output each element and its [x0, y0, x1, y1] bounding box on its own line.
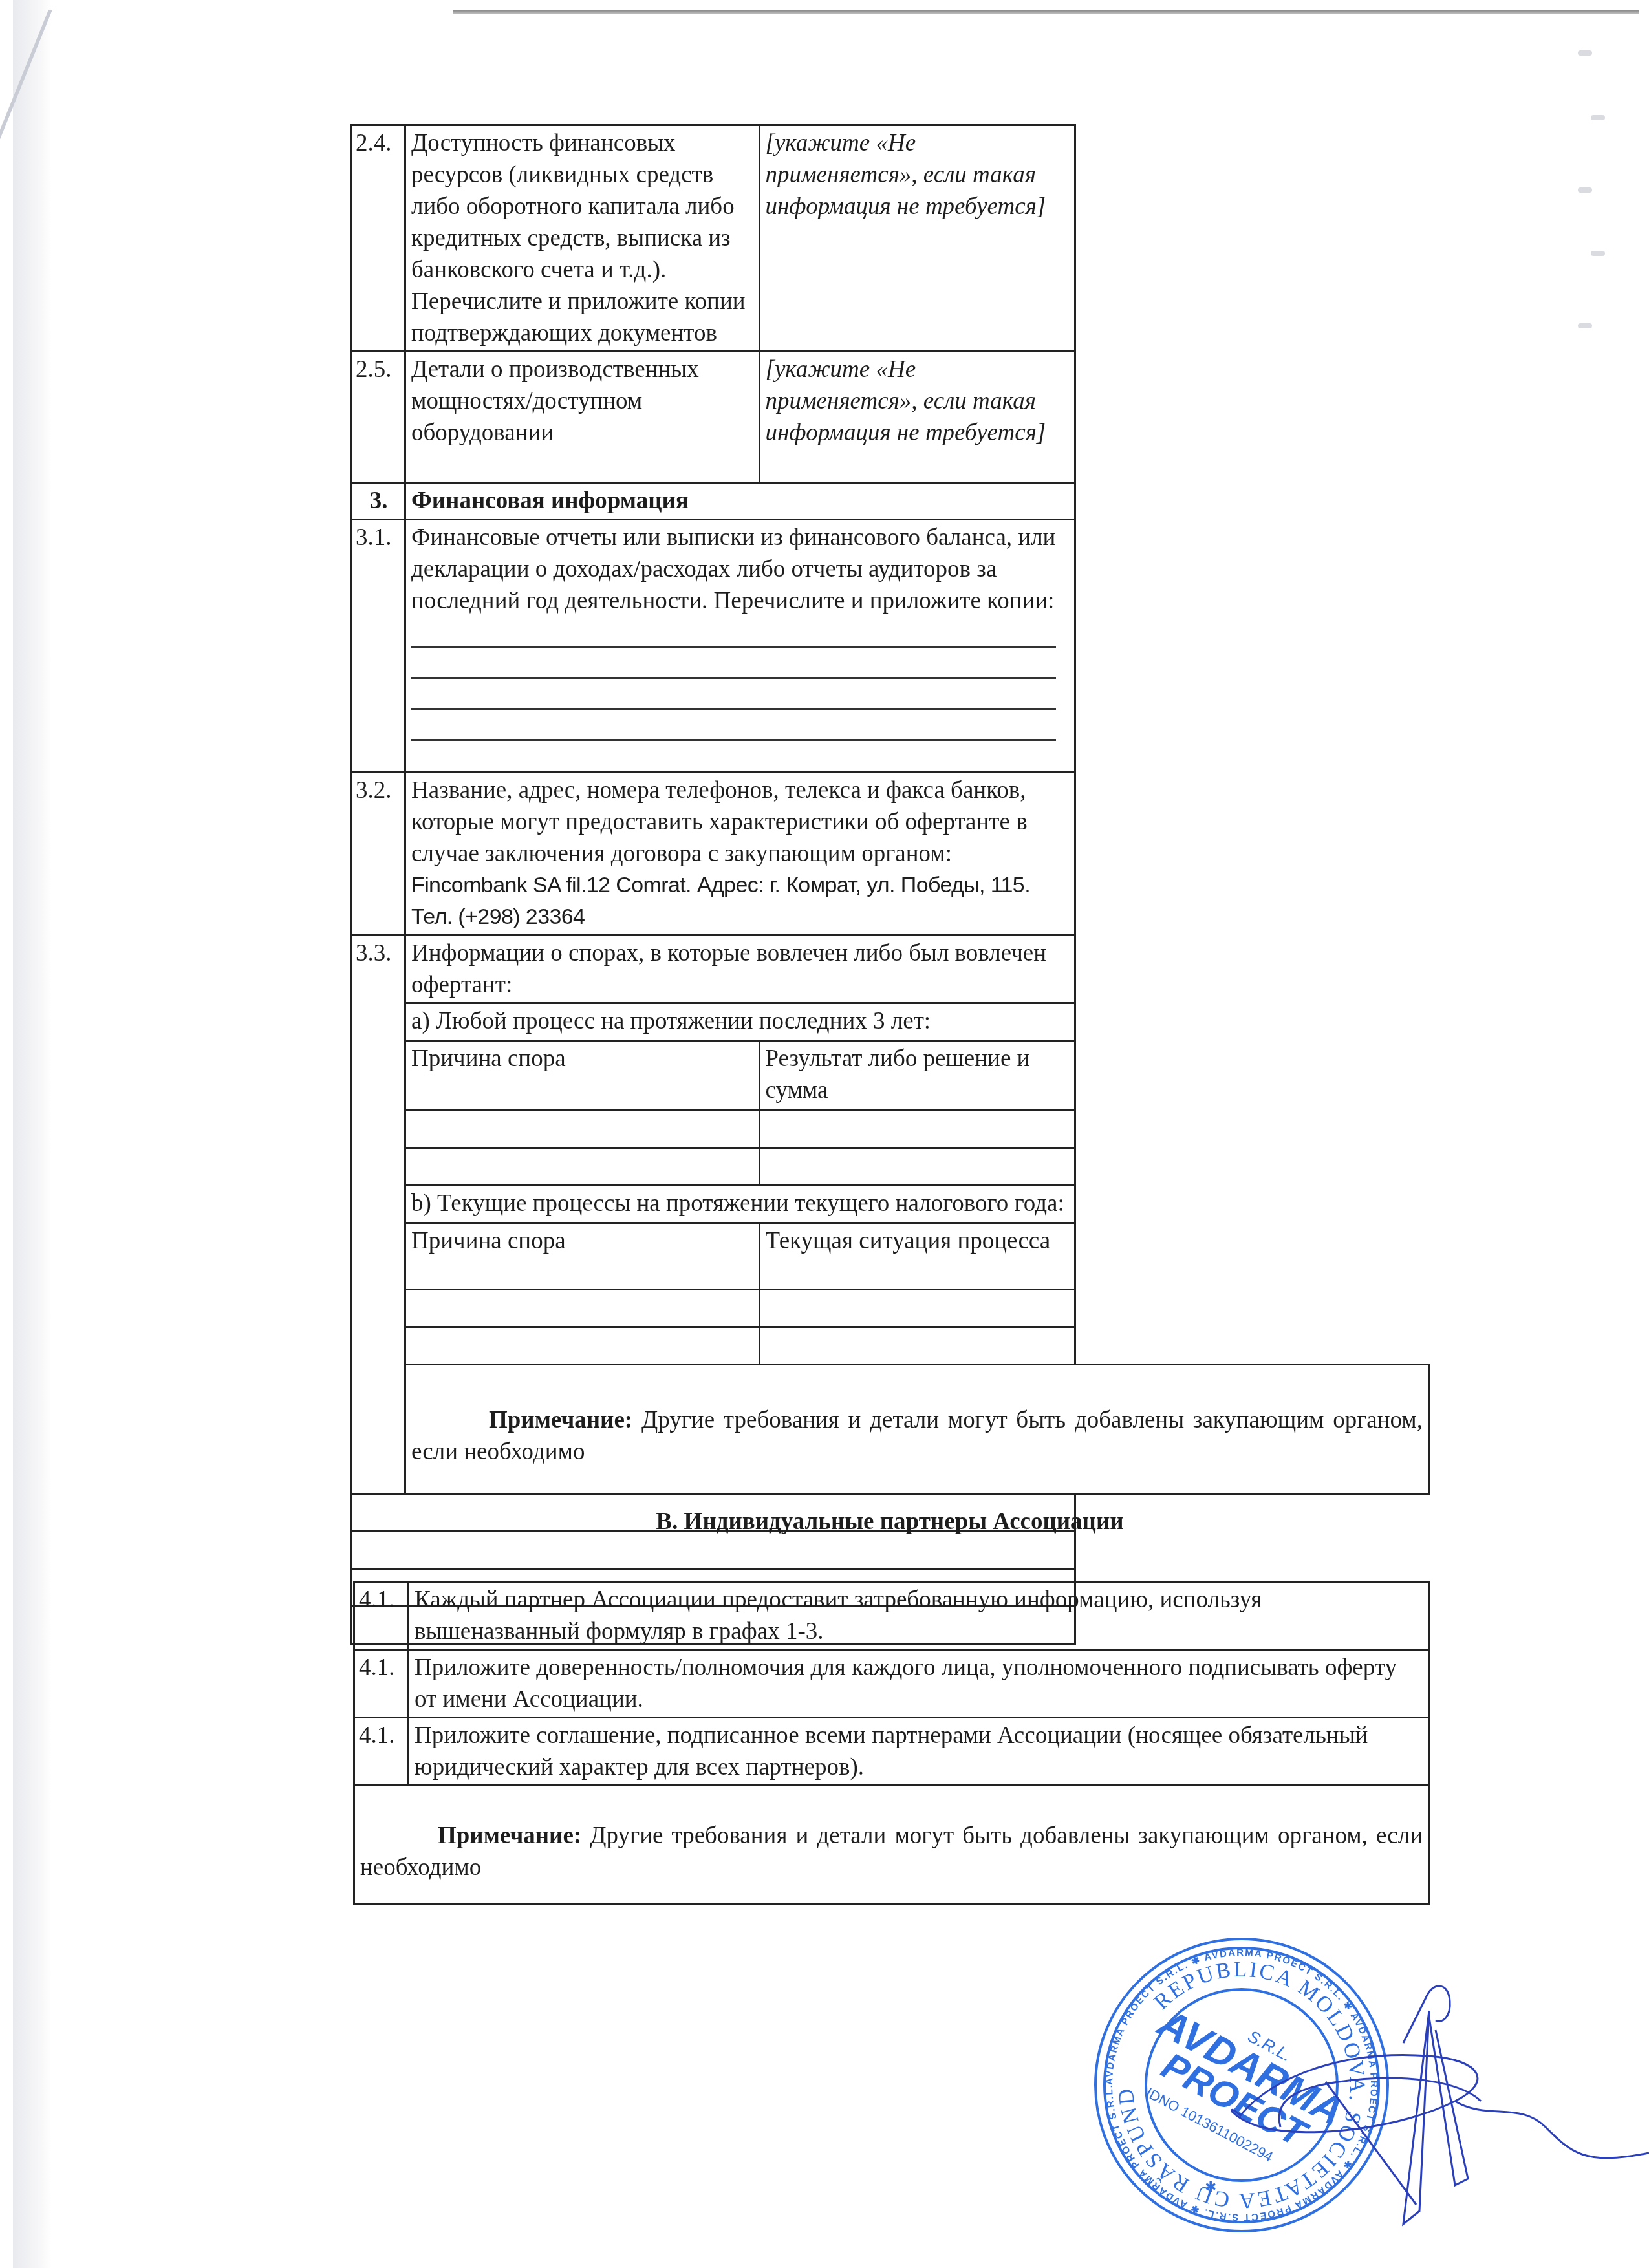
row-number: 3.2. — [351, 773, 405, 936]
table-row-2-4: 2.4. Доступность финансовых ресурсов (ли… — [351, 125, 1429, 352]
part-a-label-row: a) Любой процесс на протяжении последних… — [351, 1003, 1429, 1041]
row-description: Приложите доверенность/полномочия для ка… — [409, 1650, 1429, 1718]
row-hint[interactable]: [укажите «Не применяется», если такая ин… — [759, 352, 1075, 483]
scan-speck — [1591, 251, 1605, 256]
fill-line[interactable] — [411, 617, 1056, 648]
part-a-cause-field[interactable] — [405, 1111, 760, 1148]
qualification-table-financial: 2.4. Доступность финансовых ресурсов (ли… — [350, 124, 1430, 1645]
part-b-entry-row — [351, 1327, 1429, 1365]
part-b-col-cause: Причина спора — [405, 1223, 760, 1290]
note-label: Примечание: — [438, 1823, 581, 1849]
row-number: 3.3. — [351, 936, 405, 1494]
table-row-4-1: 4.1. Каждый партнер Ассоциации предостав… — [354, 1582, 1429, 1650]
row-number: 3.1. — [351, 520, 405, 773]
part-b-cause-field[interactable] — [405, 1327, 760, 1365]
row-description: Доступность финансовых ресурсов (ликвидн… — [405, 125, 760, 352]
scan-shadow — [13, 0, 52, 2268]
fill-line[interactable] — [411, 679, 1056, 710]
bank-answer-field[interactable]: Fincombank SA fil.12 Comrat. Адрес: г. К… — [411, 870, 1068, 933]
row-description: Приложите соглашение, подписанное всеми … — [409, 1718, 1429, 1786]
note-row: Примечание: Другие требования и детали м… — [354, 1786, 1429, 1904]
part-a-result-field[interactable] — [759, 1148, 1075, 1186]
fill-line[interactable] — [411, 710, 1056, 741]
row-hint[interactable]: [укажите «Не применяется», если такая ин… — [759, 125, 1075, 352]
table-row-3-1: 3.1. Финансовые отчеты или выписки из фи… — [351, 520, 1429, 773]
blank-row — [351, 1532, 1429, 1569]
fill-lines — [411, 617, 1068, 741]
part-a-entry-row — [351, 1148, 1429, 1186]
table-row-4-1: 4.1. Приложите доверенность/полномочия д… — [354, 1650, 1429, 1718]
section-number: 3. — [351, 483, 405, 520]
table-row-3-2: 3.2. Название, адрес, номера телефонов, … — [351, 773, 1429, 936]
part-b-status-field[interactable] — [759, 1327, 1075, 1365]
part-b-cause-field[interactable] — [405, 1290, 760, 1327]
section-3-header: 3. Финансовая информация — [351, 483, 1429, 520]
row-number: 4.1. — [354, 1650, 409, 1718]
table-row-3-3: 3.3. Информации о спорах, в которые вовл… — [351, 936, 1429, 1003]
part-a-label: a) Любой процесс на протяжении последних… — [405, 1003, 1075, 1041]
row-3-1-cell: Финансовые отчеты или выписки из финансо… — [405, 520, 1075, 773]
part-a-entry-row — [351, 1111, 1429, 1148]
part-a-col-cause: Причина спора — [405, 1041, 760, 1111]
scan-speck — [1578, 187, 1592, 193]
company-stamp: AVDARMA PROECT S.R.L. ✱ AVDARMA PROECT S… — [1090, 1933, 1394, 2237]
part-b-label: b) Текущие процессы на протяжении текуще… — [405, 1186, 1075, 1223]
blank-field[interactable] — [351, 1532, 1075, 1569]
scan-speck — [1578, 323, 1592, 328]
part-b-col-status: Текущая ситуация процесса — [759, 1223, 1075, 1290]
note-cell: Примечание: Другие требования и детали м… — [405, 1365, 1429, 1494]
part-a-header-row: Причина спора Результат либо решение и с… — [351, 1041, 1429, 1111]
scan-speck — [1591, 115, 1605, 120]
row-number: 4.1. — [354, 1582, 409, 1650]
row-number: 2.4. — [351, 125, 405, 352]
part-b-entry-row — [351, 1290, 1429, 1327]
note-row: Примечание: Другие требования и детали м… — [351, 1365, 1429, 1494]
row-number: 4.1. — [354, 1718, 409, 1786]
row-number: 2.5. — [351, 352, 405, 483]
note-cell: Примечание: Другие требования и детали м… — [354, 1786, 1429, 1904]
row-description: Информации о спорах, в которые вовлечен … — [405, 936, 1075, 1003]
row-3-2-cell: Название, адрес, номера телефонов, телек… — [405, 773, 1075, 936]
part-a-cause-field[interactable] — [405, 1148, 760, 1186]
section-b-heading: B. Индивидуальные партнеры Ассоциации — [350, 1508, 1430, 1535]
table-row-4-1: 4.1. Приложите соглашение, подписанное в… — [354, 1718, 1429, 1786]
row-description: Название, адрес, номера телефонов, телек… — [411, 775, 1068, 870]
row-description: Финансовые отчеты или выписки из финансо… — [411, 522, 1068, 617]
part-b-header-row: Причина спора Текущая ситуация процесса — [351, 1223, 1429, 1290]
svg-text:✱: ✱ — [1205, 2179, 1216, 2195]
note-label: Примечание: — [489, 1407, 632, 1433]
part-a-col-result: Результат либо решение и сумма — [759, 1041, 1075, 1111]
part-b-label-row: b) Текущие процессы на протяжении текуще… — [351, 1186, 1429, 1223]
part-b-status-field[interactable] — [759, 1290, 1075, 1327]
row-description: Детали о производственных мощностях/дост… — [405, 352, 760, 483]
scan-speck — [1578, 50, 1592, 56]
section-title: Финансовая информация — [405, 483, 1075, 520]
row-description: Каждый партнер Ассоциации предоставит за… — [409, 1582, 1429, 1650]
scan-top-edge — [453, 10, 1639, 14]
part-a-result-field[interactable] — [759, 1111, 1075, 1148]
table-row-2-5: 2.5. Детали о производственных мощностях… — [351, 352, 1429, 483]
fill-line[interactable] — [411, 648, 1056, 679]
association-partners-table: 4.1. Каждый партнер Ассоциации предостав… — [353, 1581, 1430, 1905]
